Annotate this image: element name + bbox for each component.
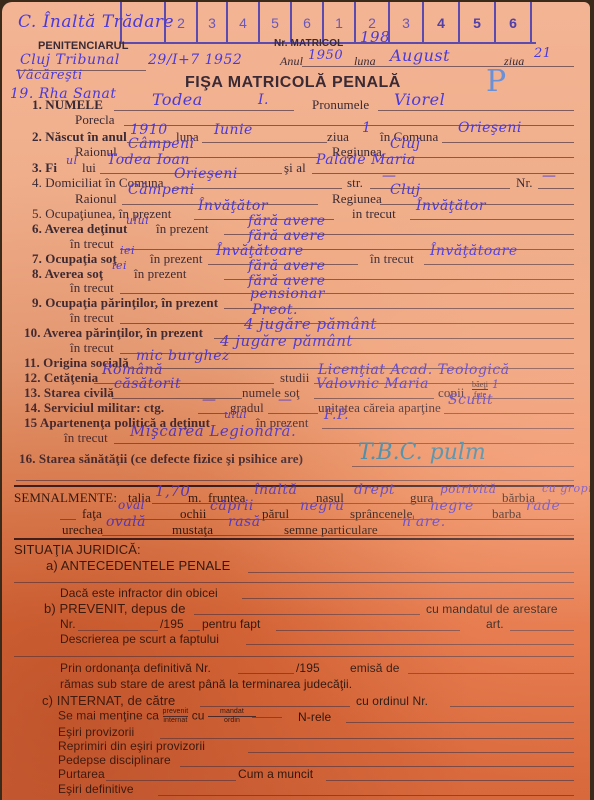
raion2-label: Raionul — [75, 191, 117, 207]
pronume-label: Pronumele — [312, 97, 369, 113]
situatia-title: SITUAŢIA JURIDICĂ: — [14, 542, 141, 557]
internat-option: internat — [163, 717, 189, 725]
underline — [102, 535, 574, 536]
ordin-option: ordin — [208, 717, 256, 725]
underline — [112, 398, 242, 399]
studii-label: studii — [280, 370, 310, 386]
underline — [120, 293, 574, 294]
ocupatia-trecut-label: in trecut — [352, 206, 396, 222]
averea-parinti-trecut-label: în trecut — [70, 340, 114, 356]
underline — [248, 572, 574, 573]
averea-trecut: fără avere — [248, 228, 326, 244]
ocupatia-parinti-prezent: pensionar — [250, 286, 325, 302]
averea-prezent: fără avere — [248, 213, 326, 229]
grid-cell: 6 — [494, 2, 532, 44]
sanatate-label: 16. Starea sănătăţii (ce defecte fizice … — [19, 451, 303, 466]
grid-cell: 3 — [196, 2, 226, 44]
talia-value: 1,70 — [155, 482, 190, 500]
ocupatia-sot-trecut-label: în trecut — [370, 251, 414, 267]
barba-value: rade — [526, 498, 560, 514]
purtarea-label: Purtarea — [58, 767, 105, 781]
grid-cell: 3 — [388, 2, 422, 44]
porecla-label: Porecla — [75, 112, 115, 128]
mentine-text: Se mai menţine ca — [58, 709, 159, 723]
prevenit-nr-label: Nr. — [60, 617, 76, 631]
prevenit-label: b) PREVENIT, depus de — [44, 601, 186, 616]
underline — [252, 717, 282, 718]
mandat-option: mandat — [208, 708, 256, 717]
fiul-label: 3. Fi — [32, 160, 57, 176]
underline — [322, 428, 574, 429]
fiul-lui-label: lui — [82, 160, 96, 176]
underline — [202, 142, 327, 143]
prevenit-an-label: /195 — [160, 617, 184, 631]
mentine-label: Se mai menţine ca prevenit internat cu m… — [58, 708, 256, 725]
underline — [78, 630, 158, 631]
parul-value: negru — [300, 498, 344, 514]
ocupatia-trecut: Învăţător — [416, 198, 486, 214]
grid-cell: 5 — [458, 2, 494, 44]
underline — [172, 188, 342, 189]
nr-matricol-value: 198 — [360, 28, 390, 46]
underline — [114, 110, 294, 111]
esiri-provizorii-label: Eşiri provizorii — [58, 725, 134, 739]
luna-value: August — [390, 46, 450, 65]
underline — [242, 598, 574, 599]
underline — [160, 738, 574, 739]
underline — [60, 519, 76, 520]
ocupatia-prezent: Învăţător — [198, 198, 268, 214]
raion1-value: Câmpeni — [128, 136, 195, 152]
urechea-value: ovală — [106, 514, 146, 530]
ochii-value: căprii — [210, 498, 254, 514]
numele-label: 1. NUMELE — [32, 97, 103, 113]
emisa-de-label: emisă de — [350, 661, 400, 675]
ocupatia-sot-prezent-label: în prezent — [150, 251, 203, 267]
underline — [276, 630, 460, 631]
anul-value: 1950 — [308, 48, 343, 63]
underline — [326, 780, 574, 781]
nrele-label: N-rele — [298, 710, 331, 724]
ocupatia-sot-suffix: iei — [120, 244, 135, 257]
art-label: art. — [486, 617, 504, 631]
pedepse-label: Pedepse disciplinare — [58, 753, 171, 767]
note-left-1: Văcăreşti — [16, 68, 83, 83]
underline — [410, 219, 574, 220]
mark-p: P — [486, 64, 507, 99]
nascut-label-text: 2. Născut în anul — [32, 129, 127, 144]
semne-value: n'are. — [402, 514, 446, 530]
domiciliu-value: Orieşeni — [174, 166, 238, 182]
nasul-value: drept — [354, 482, 395, 498]
penal-record-card: 2 3 4 5 6 1 2 3 4 5 6 C. Înaltă Trădare … — [2, 2, 590, 800]
underline — [248, 752, 574, 753]
internat-label: c) INTERNAT, de către — [42, 693, 175, 708]
underline — [194, 614, 420, 615]
numele-initial: I. — [258, 92, 269, 108]
fiul-label-suffix: ul — [66, 154, 78, 167]
urechea-label: urechea — [62, 522, 103, 538]
underline — [14, 582, 574, 583]
averea-prezent-label: în prezent — [156, 221, 209, 237]
underline — [352, 466, 574, 467]
grid-cell: 4 — [226, 2, 258, 44]
penitenciarul-label: PENITENCIARUL — [38, 40, 129, 52]
raion2-regiune-label: Regiunea — [332, 191, 382, 207]
infractor-label: Dacă este infractor din obicei — [60, 586, 218, 600]
unitatea-value: Scutit — [448, 392, 493, 408]
barbia-value: cu gropiţă — [542, 482, 590, 495]
ocupatia-sot-label: 7. Ocupaţia soţ — [32, 251, 117, 266]
underline — [444, 413, 574, 414]
underline — [442, 142, 574, 143]
cetatenia-label: 12. Cetăţenia — [24, 370, 98, 385]
ziua-value: 21 — [534, 46, 552, 61]
underline — [16, 480, 574, 481]
fata-label: faţa — [82, 506, 102, 522]
ramas-label: rămas sub stare de arest până la termina… — [60, 677, 352, 691]
averea-trecut-label: în trecut — [70, 236, 114, 252]
fiul-si-al-label: şi al — [284, 160, 306, 176]
politica-suffix: ului — [224, 408, 247, 421]
underline — [106, 780, 236, 781]
underline — [314, 398, 434, 399]
nascut-ziua-label: ziua — [327, 129, 349, 145]
nascut-comuna: Orieşeni — [458, 120, 522, 136]
mandat-arestare-label: cu mandatul de arestare — [426, 602, 558, 616]
underline — [538, 188, 574, 189]
stamp-handwritten: C. Înaltă Trădare — [18, 12, 174, 32]
raion2-regiune: Cluj — [390, 182, 421, 198]
underline — [188, 630, 200, 631]
gura-value: potrivită — [440, 482, 496, 496]
starea-civila-value: căsătorit — [114, 376, 181, 392]
ocupatia-parinti-label: 9. Ocupaţia părinţilor, în prezent — [32, 295, 218, 310]
domiciliu-nr-label: Nr. — [516, 175, 533, 191]
cum-a-muncit-label: Cum a muncit — [238, 767, 313, 781]
fiul-mama: Palade Maria — [316, 152, 416, 168]
underline — [14, 656, 574, 657]
domiciliu-str-label: str. — [347, 175, 363, 191]
militar-label: 14. Serviciul militar: ctg. — [24, 400, 164, 415]
underline — [112, 519, 574, 520]
averea-label-suffix: ului — [126, 214, 149, 227]
esiri-definitive-label: Eşiri definitive — [58, 782, 134, 796]
cu-ordinul-label: cu ordinul Nr. — [356, 694, 428, 708]
politica-prezent: F.P. — [324, 407, 349, 423]
note-date: 29/I+7 1952 — [148, 52, 242, 68]
underline — [346, 722, 574, 723]
underline — [158, 795, 574, 796]
averea-parinti-label: 10. Averea părinţilor, în prezent — [24, 325, 203, 340]
underline — [302, 66, 574, 67]
starea-civila-label: 13. Starea civilă — [24, 385, 114, 400]
raion1-regiune: Cluj — [390, 136, 421, 152]
grid-cell: 4 — [422, 2, 458, 44]
section-divider — [14, 538, 574, 540]
cu-label: cu — [192, 709, 205, 723]
nascut-luna: Iunie — [214, 122, 253, 138]
politica-trecut-label: în trecut — [64, 430, 108, 446]
averea-sot-label: 8. Averea soţ — [32, 266, 103, 281]
averea-parinti-trecut: 4 jugăre pământ — [220, 332, 353, 350]
underline — [510, 630, 574, 631]
penitenciarul-value: Cluj Tribunal — [20, 52, 120, 68]
semnalmente-label: SEMNALMENTE: — [14, 490, 117, 505]
baieti-value: 1 — [492, 378, 500, 391]
sanatate-value: T.B.C. pulm — [358, 440, 486, 465]
nascut-ziua: 1 — [362, 120, 371, 136]
underline — [246, 644, 574, 645]
sot-value: Valovnic Maria — [316, 376, 429, 392]
raion2-value: Câmpeni — [128, 182, 195, 198]
averea-sot-trecut-label: în trecut — [70, 280, 114, 296]
underline — [424, 264, 574, 265]
underline — [312, 173, 574, 174]
averea-sot-prezent-label: în prezent — [134, 266, 187, 282]
page-title: FIŞA MATRICOLĂ PENALĂ — [185, 74, 401, 92]
reprimiri-label: Reprimiri din eşiri provizorii — [58, 739, 205, 753]
ocupatia-parinti-trecut-label: în trecut — [70, 310, 114, 326]
baieti-label: băeţi — [472, 380, 488, 390]
ocupatia-sot-prezent: Învăţătoare — [216, 243, 304, 259]
antecedente-label: a) ANTECEDENTELE PENALE — [46, 558, 230, 573]
mustata-value: rasă — [228, 514, 261, 530]
prevenit-option: prevenit — [163, 708, 189, 717]
underline — [268, 413, 318, 414]
numele-value: Todea — [152, 90, 203, 109]
averea-label: 6. Averea deţinut — [32, 221, 127, 236]
underline — [200, 706, 350, 707]
ordonanta-label: Prin ordonanţa definitivă Nr. — [60, 661, 211, 675]
ocupatia-label: 5. Ocupaţiunea, în prezent — [32, 206, 171, 222]
fata-value: oval — [118, 498, 145, 512]
underline — [238, 673, 294, 674]
anul-label: Anul — [280, 54, 303, 69]
pentru-fapt-label: pentru fapt — [202, 617, 260, 631]
domiciliu-nr-value: — — [542, 168, 557, 184]
averea-sot-suffix: iei — [112, 259, 127, 272]
underline — [114, 443, 574, 444]
militar-ctg: — — [202, 392, 217, 408]
underline — [378, 110, 574, 111]
descriere-label: Descrierea pe scurt a faptului — [60, 632, 219, 646]
fruntea-value: înaltă — [254, 482, 297, 498]
averea-parinti-prezent: 4 jugăre pământ — [244, 315, 377, 333]
sprancenele-value: negre — [430, 498, 474, 514]
underline — [408, 673, 574, 674]
ordonanta-an-label: /195 — [296, 661, 320, 675]
semnalmente-section: SEMNALMENTE: — [14, 490, 117, 506]
politica-trecut: Mişcarea Legionară. — [130, 422, 296, 440]
averea-sot-prezent: fără avere — [248, 258, 326, 274]
ocupatia-sot-trecut: Învăţătoare — [430, 243, 518, 259]
pronume-value: Viorel — [394, 90, 445, 109]
underline — [450, 706, 574, 707]
gradul-value: — — [278, 392, 293, 408]
nascut-label: 2. Născut în anul — [32, 129, 127, 145]
